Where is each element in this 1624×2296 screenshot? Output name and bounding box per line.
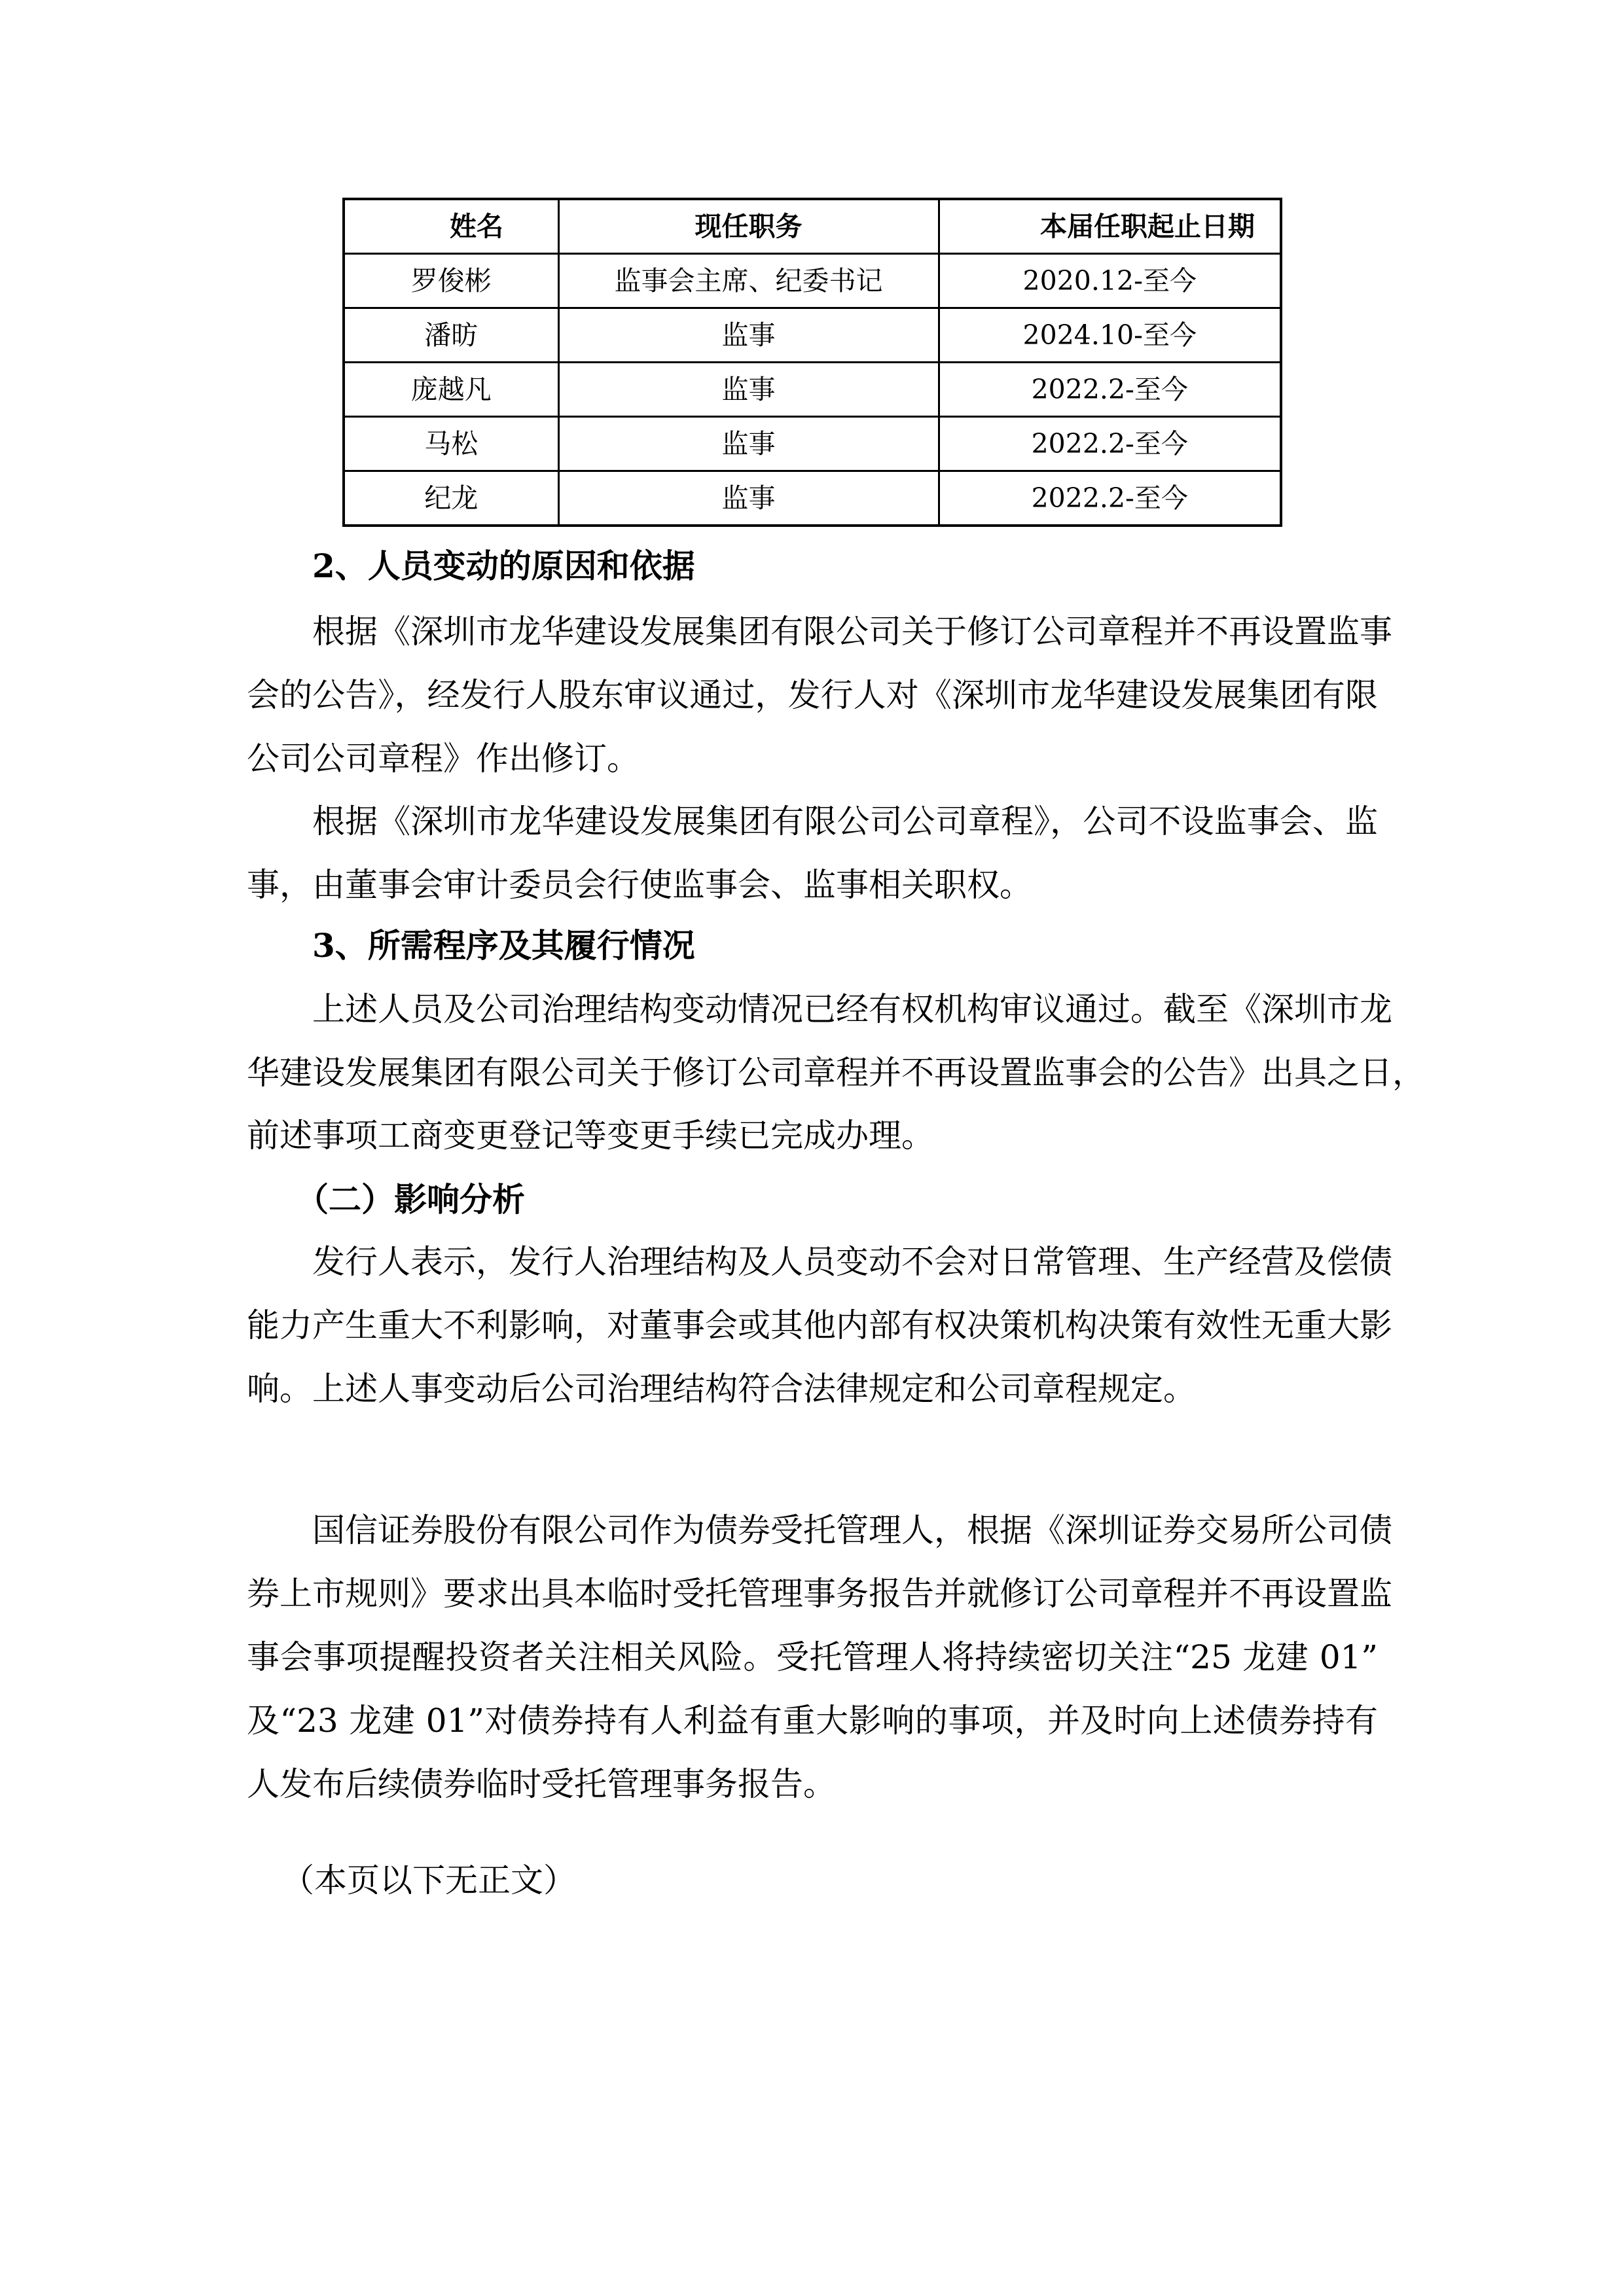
- paragraph-line: 人发布后续债券临时受托管理事务报告。: [247, 1765, 1378, 1804]
- paragraph-line: 及“23 龙建 01”对债券持有人利益有重大影响的事项，并及时向上述债券持有: [247, 1701, 1378, 1740]
- cell-name: 潘昉: [344, 308, 558, 363]
- cell-term: 2020.12-至今: [939, 254, 1281, 308]
- paragraph-line: 发行人表示，发行人治理结构及人员变动不会对日常管理、生产经营及偿债: [312, 1242, 1378, 1282]
- cell-position: 监事: [558, 417, 939, 471]
- cell-name: 纪龙: [344, 471, 558, 526]
- table-row: 罗俊彬 监事会主席、纪委书记 2020.12-至今: [344, 254, 1281, 308]
- paragraph-line: 券上市规则》要求出具本临时受托管理事务报告并就修订公司章程并不再设置监: [247, 1574, 1378, 1613]
- cell-name: 马松: [344, 417, 558, 471]
- table-row: 纪龙 监事 2022.2-至今: [344, 471, 1281, 526]
- header-position: 现任职务: [558, 199, 939, 254]
- paragraph-line: 事，由董事会审计委员会行使监事会、监事相关职权。: [247, 865, 1378, 905]
- paragraph-line: 能力产生重大不利影响，对董事会或其他内部有权决策机构决策有效性无重大影: [247, 1306, 1378, 1345]
- paragraph-line: 事会事项提醒投资者关注相关风险。受托管理人将持续密切关注“25 龙建 01”: [247, 1638, 1378, 1677]
- section-heading-impact: （二）影响分析: [296, 1180, 1427, 1219]
- header-name: 姓名: [344, 199, 558, 254]
- end-of-text-note: （本页以下无正文）: [281, 1861, 1413, 1900]
- paragraph-line: 根据《深圳市龙华建设发展集团有限公司公司章程》，公司不设监事会、监: [312, 802, 1378, 841]
- supervisors-table: 姓名 现任职务 本届任职起止日期 罗俊彬 监事会主席、纪委书记 2020.12-…: [342, 198, 1282, 527]
- cell-position: 监事: [558, 471, 939, 526]
- table-header-row: 姓名 现任职务 本届任职起止日期: [344, 199, 1281, 254]
- document-page: 姓名 现任职务 本届任职起止日期 罗俊彬 监事会主席、纪委书记 2020.12-…: [0, 0, 1624, 2296]
- paragraph-line: 华建设发展集团有限公司关于修订公司章程并不再设置监事会的公告》出具之日，: [247, 1053, 1378, 1092]
- cell-term: 2022.2-至今: [939, 417, 1281, 471]
- section-heading-procedures: 3、所需程序及其履行情况: [312, 926, 1443, 965]
- paragraph-line: 公司公司章程》作出修订。: [247, 739, 1378, 778]
- cell-term: 2024.10-至今: [939, 308, 1281, 363]
- paragraph-line: 国信证券股份有限公司作为债券受托管理人，根据《深圳证券交易所公司债: [312, 1511, 1378, 1550]
- paragraph-line: 根据《深圳市龙华建设发展集团有限公司关于修订公司章程并不再设置监事: [312, 612, 1378, 651]
- section-heading-reasons: 2、人员变动的原因和依据: [312, 547, 1443, 586]
- cell-position: 监事会主席、纪委书记: [558, 254, 939, 308]
- paragraph-line: 前述事项工商变更登记等变更手续已完成办理。: [247, 1116, 1378, 1155]
- paragraph-line: 响。上述人事变动后公司治理结构符合法律规定和公司章程规定。: [247, 1369, 1378, 1408]
- table-row: 潘昉 监事 2024.10-至今: [344, 308, 1281, 363]
- cell-term: 2022.2-至今: [939, 471, 1281, 526]
- paragraph-line: 会的公告》，经发行人股东审议通过，发行人对《深圳市龙华建设发展集团有限: [247, 675, 1378, 715]
- table-row: 马松 监事 2022.2-至今: [344, 417, 1281, 471]
- cell-name: 庞越凡: [344, 363, 558, 417]
- cell-position: 监事: [558, 363, 939, 417]
- cell-name: 罗俊彬: [344, 254, 558, 308]
- header-term: 本届任职起止日期: [939, 199, 1281, 254]
- cell-position: 监事: [558, 308, 939, 363]
- paragraph-line: 上述人员及公司治理结构变动情况已经有权机构审议通过。截至《深圳市龙: [312, 990, 1378, 1029]
- cell-term: 2022.2-至今: [939, 363, 1281, 417]
- table-row: 庞越凡 监事 2022.2-至今: [344, 363, 1281, 417]
